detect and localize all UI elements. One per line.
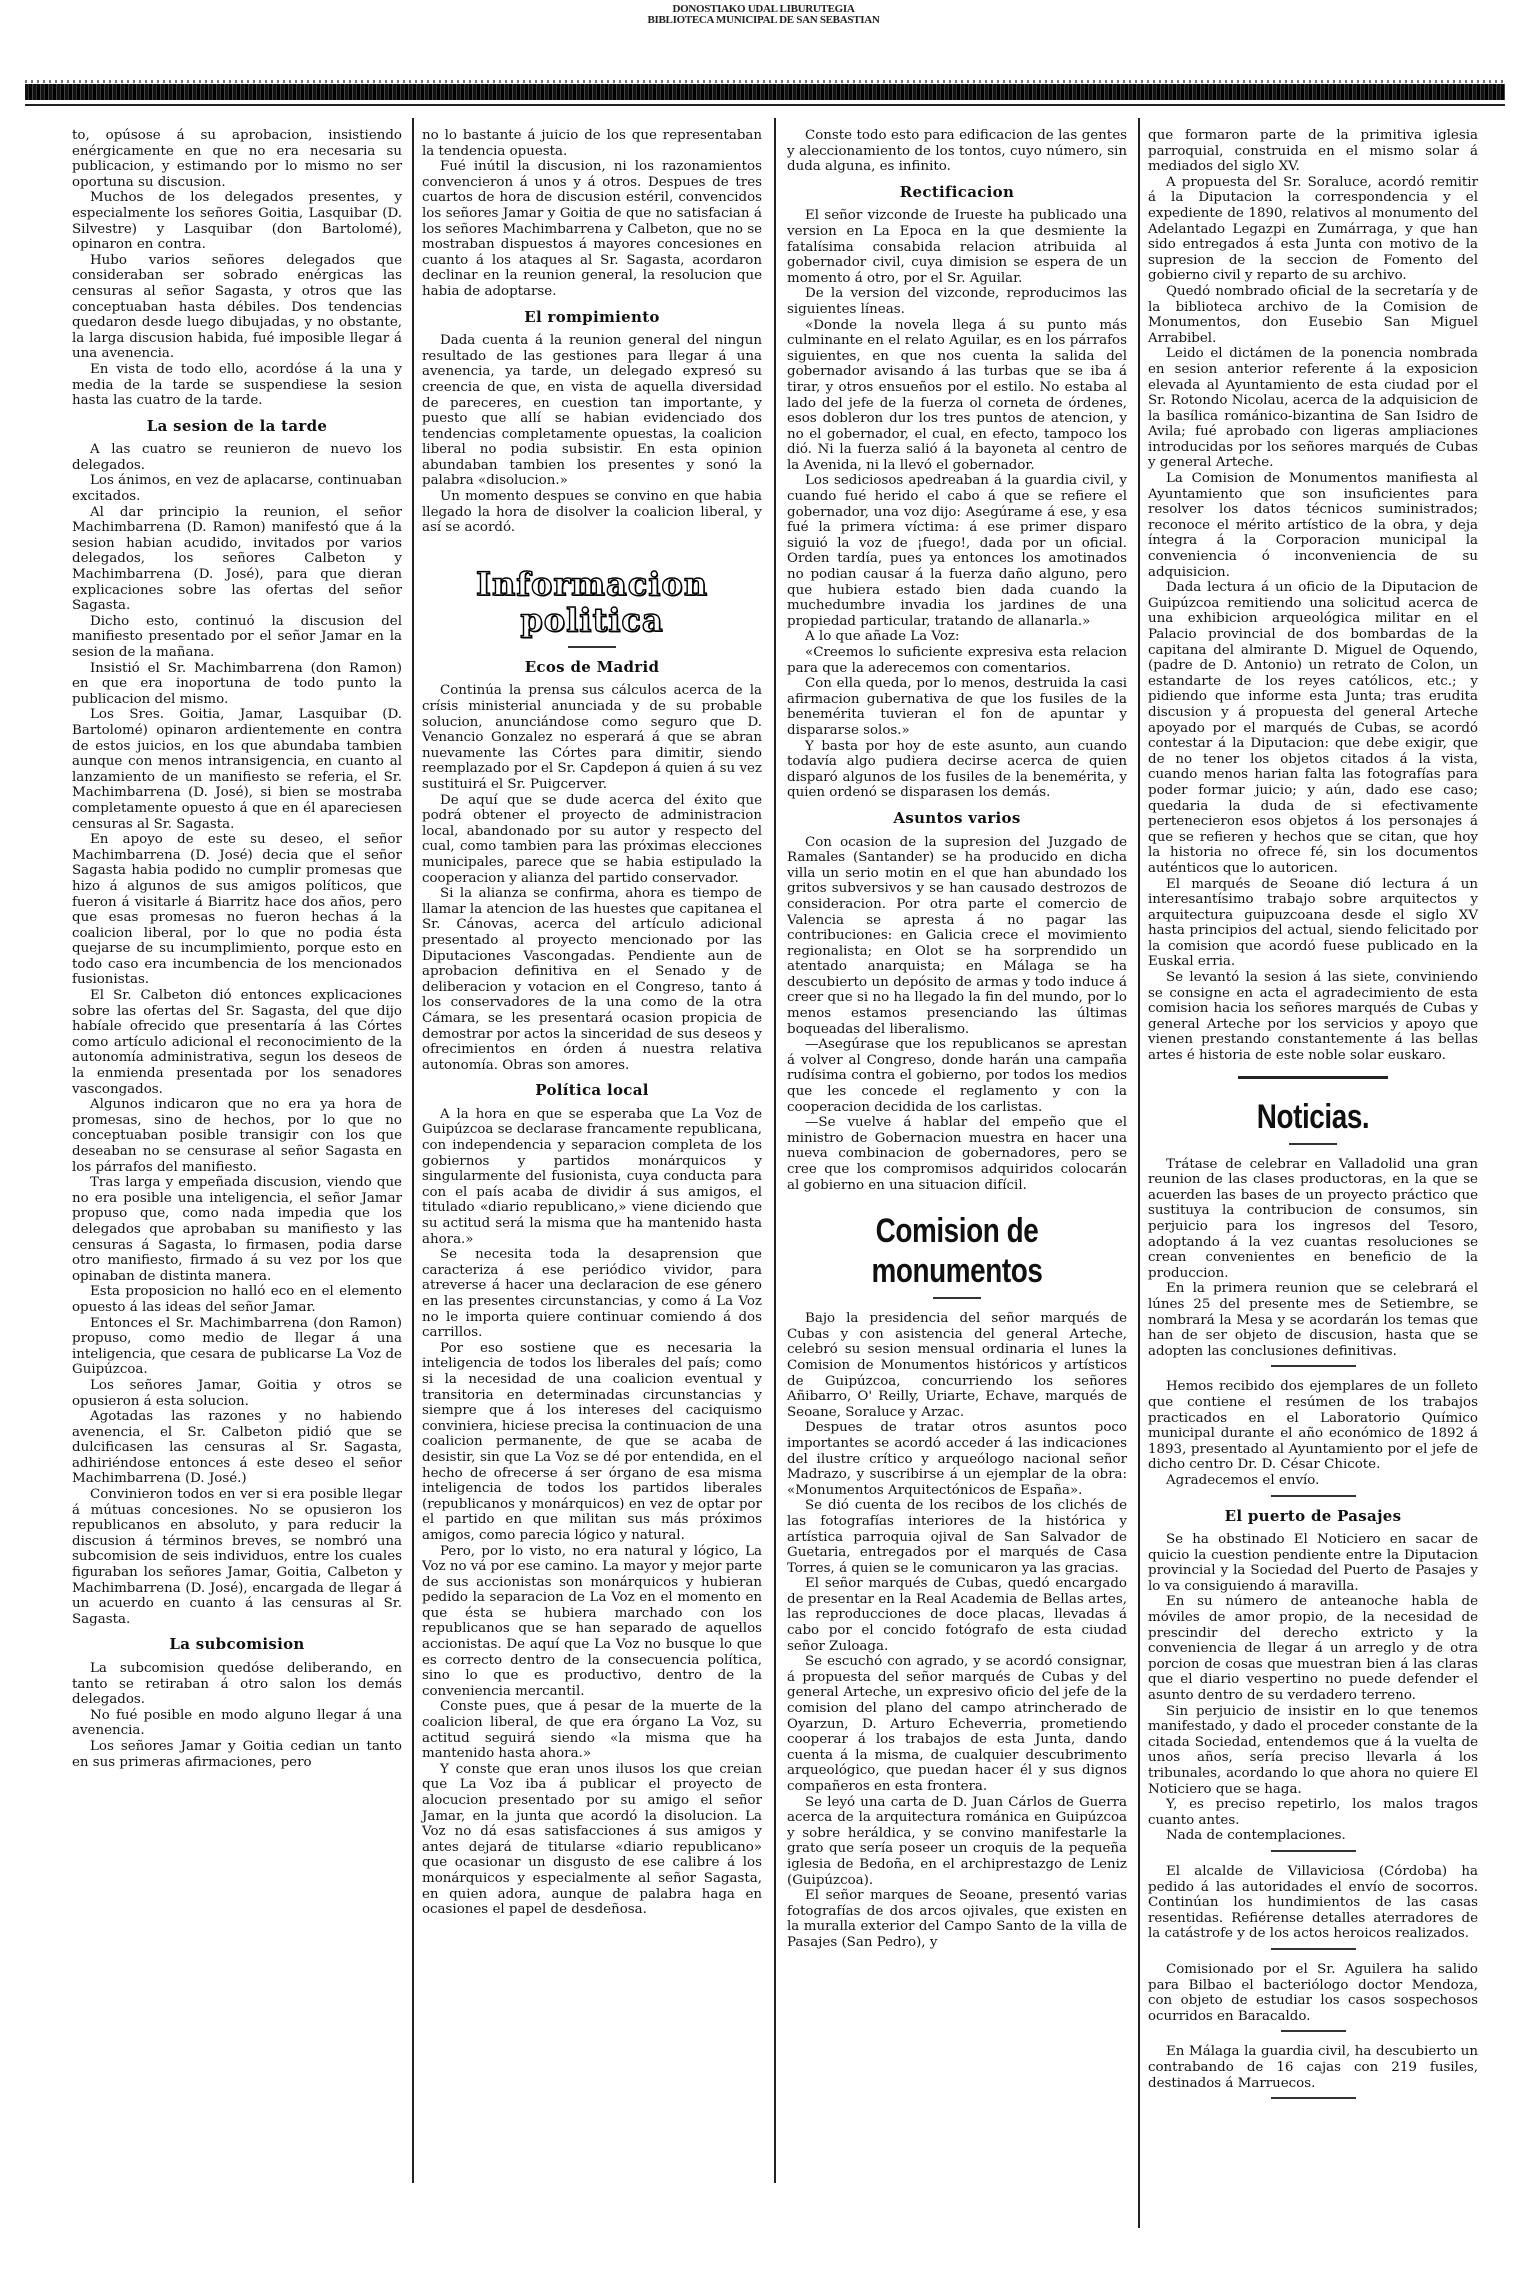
paragraph: Quedó nombrado oficial de la secretaría … bbox=[1148, 284, 1478, 346]
library-masthead: DONOSTIAKO UDAL LIBURUTEGIA BIBLIOTECA M… bbox=[0, 4, 1527, 26]
paragraph: Muchos de los delegados presentes, y esp… bbox=[72, 190, 402, 252]
paragraph: Insistió el Sr. Machimbarrena (don Ramon… bbox=[72, 661, 402, 708]
column-divider-1 bbox=[412, 118, 414, 2183]
title-rule bbox=[568, 646, 616, 648]
paragraph: El Sr. Calbeton dió entonces explicacion… bbox=[72, 988, 402, 1097]
paragraph: Se levantó la sesion á las siete, convin… bbox=[1148, 970, 1478, 1064]
section-heading-ecos-madrid: Ecos de Madrid bbox=[422, 660, 762, 676]
section-heading-sesion-tarde: La sesion de la tarde bbox=[72, 419, 402, 435]
title-rule bbox=[933, 1297, 981, 1299]
section-rule bbox=[1238, 1076, 1388, 1079]
col4-block-f: Comisionado por el Sr. Aguilera ha salid… bbox=[1148, 1962, 1478, 2024]
paragraph: En vista de todo ello, acordóse á la una… bbox=[72, 362, 402, 409]
col1-block-b: A las cuatro se reunieron de nuevo los d… bbox=[72, 442, 402, 1627]
paragraph: En la primera reunion que se celebrará e… bbox=[1148, 1281, 1478, 1359]
paragraph: La Comision de Monumentos manifiesta al … bbox=[1148, 471, 1478, 580]
paragraph: Y conste que eran unos ilusos los que cr… bbox=[422, 1762, 762, 1918]
paragraph: Leido el dictámen de la ponencia nombrad… bbox=[1148, 346, 1478, 471]
paragraph: Si la alianza se confirma, ahora es tiem… bbox=[422, 886, 762, 1073]
paragraph: Los Sres. Goitia, Jamar, Lasquibar (D. B… bbox=[72, 707, 402, 832]
item-separator bbox=[1271, 1948, 1356, 1950]
paragraph: Despues de tratar otros asuntos poco imp… bbox=[787, 1420, 1127, 1498]
section-title-comision-monumentos: Comision de monumentos bbox=[818, 1211, 1097, 1291]
paragraph: que formaron parte de la primitiva igles… bbox=[1148, 128, 1478, 175]
paragraph: El señor marqués de Cubas, quedó encarga… bbox=[787, 1576, 1127, 1654]
paragraph: Conste pues, que á pesar de la muerte de… bbox=[422, 1699, 762, 1761]
col4-block-c: Hemos recibido dos ejemplares de un foll… bbox=[1148, 1379, 1478, 1488]
paragraph: Los señores Jamar, Goitia y otros se opu… bbox=[72, 1378, 402, 1409]
header-scan-band bbox=[25, 84, 1505, 100]
paragraph: «Creemos lo suficiente expresiva esta re… bbox=[787, 645, 1127, 676]
section-title-informacion-politica: Informacion politica bbox=[422, 566, 762, 638]
paragraph: «Donde la novela llega á su punto más cu… bbox=[787, 318, 1127, 474]
paragraph: Y basta por hoy de este asunto, aun cuan… bbox=[787, 739, 1127, 801]
paragraph: Agradecemos el envío. bbox=[1148, 1473, 1478, 1489]
col3-block-c: Con ocasion de la supresion del Juzgado … bbox=[787, 835, 1127, 1194]
section-heading-rectificacion: Rectificacion bbox=[787, 185, 1127, 201]
section-heading-rompimiento: El rompimiento bbox=[422, 310, 762, 326]
paragraph: El alcalde de Villaviciosa (Córdoba) ha … bbox=[1148, 1864, 1478, 1942]
paragraph: De la version del vizconde, reproducimos… bbox=[787, 286, 1127, 317]
paragraph: Dada lectura á un oficio de la Diputacio… bbox=[1148, 580, 1478, 876]
paragraph: Se leyó una carta de D. Juan Cárlos de G… bbox=[787, 1795, 1127, 1889]
paragraph: Bajo la presidencia del señor marqués de… bbox=[787, 1311, 1127, 1420]
paragraph: A propuesta del Sr. Soraluce, acordó rem… bbox=[1148, 175, 1478, 284]
paragraph: Trátase de celebrar en Valladolid una gr… bbox=[1148, 1157, 1478, 1282]
paragraph: Hubo varios señores delegados que consid… bbox=[72, 253, 402, 362]
col1-block-a: to, opúsose á su aprobacion, insistiendo… bbox=[72, 128, 402, 409]
column-2: no lo bastante á juicio de los que repre… bbox=[422, 128, 762, 1918]
paragraph: El señor vizconde de Irueste ha publicad… bbox=[787, 208, 1127, 286]
header-scan-artifact-top bbox=[25, 80, 1505, 83]
section-heading-puerto-pasajes: El puerto de Pasajes bbox=[1148, 1509, 1478, 1525]
paragraph: Continúa la prensa sus cálculos acerca d… bbox=[422, 683, 762, 792]
paragraph: Los señores Jamar y Goitia cedian un tan… bbox=[72, 1739, 402, 1770]
paragraph: El señor marques de Seoane, presentó var… bbox=[787, 1888, 1127, 1950]
paragraph: Comisionado por el Sr. Aguilera ha salid… bbox=[1148, 1962, 1478, 2024]
title-rule bbox=[1289, 1143, 1337, 1145]
paragraph: Por eso sostiene que es necesaria la int… bbox=[422, 1341, 762, 1544]
section-heading-asuntos-varios: Asuntos varios bbox=[787, 811, 1127, 827]
section-heading-politica-local: Política local bbox=[422, 1083, 762, 1099]
column-3: Conste todo esto para edificacion de las… bbox=[787, 128, 1127, 1951]
paragraph: Se escuchó con agrado, y se acordó consi… bbox=[787, 1654, 1127, 1794]
paragraph: no lo bastante á juicio de los que repre… bbox=[422, 128, 762, 159]
paragraph: Al dar principio la reunion, el señor Ma… bbox=[72, 505, 402, 614]
paragraph: Conste todo esto para edificacion de las… bbox=[787, 128, 1127, 175]
column-divider-3 bbox=[1138, 118, 1140, 2228]
col3-block-a: Conste todo esto para edificacion de las… bbox=[787, 128, 1127, 175]
paragraph: Agotadas las razones y no habiendo avene… bbox=[72, 1409, 402, 1487]
item-separator bbox=[1281, 2030, 1346, 2032]
paragraph: Pero, por lo visto, no era natural y lóg… bbox=[422, 1544, 762, 1700]
col4-block-a: que formaron parte de la primitiva igles… bbox=[1148, 128, 1478, 1064]
paragraph: En Málaga la guardia civil, ha descubier… bbox=[1148, 2044, 1478, 2091]
paragraph: Los ánimos, en vez de aplacarse, continu… bbox=[72, 473, 402, 504]
section-title-noticias: Noticias. bbox=[1178, 1097, 1449, 1137]
col2-block-a: no lo bastante á juicio de los que repre… bbox=[422, 128, 762, 300]
paragraph: Convinieron todos en ver si era posible … bbox=[72, 1487, 402, 1627]
header-rule bbox=[25, 104, 1505, 106]
paragraph: Hemos recibido dos ejemplares de un foll… bbox=[1148, 1379, 1478, 1473]
paragraph: Nada de contemplaciones. bbox=[1148, 1828, 1478, 1844]
item-separator bbox=[1271, 1365, 1356, 1367]
col3-block-d: Bajo la presidencia del señor marqués de… bbox=[787, 1311, 1127, 1950]
paragraph: Se necesita toda la desaprension que car… bbox=[422, 1247, 762, 1341]
paragraph: De aquí que se dude acerca del éxito que… bbox=[422, 793, 762, 887]
paragraph: Fué inútil la discusion, ni los razonami… bbox=[422, 159, 762, 299]
col2-block-b: Dada cuenta á la reunion general del nin… bbox=[422, 333, 762, 536]
paragraph: Entonces el Sr. Machimbarrena (don Ramon… bbox=[72, 1316, 402, 1378]
col4-block-e: El alcalde de Villaviciosa (Córdoba) ha … bbox=[1148, 1864, 1478, 1942]
paragraph: Con ella queda, por lo menos, destruida … bbox=[787, 676, 1127, 738]
paragraph: to, opúsose á su aprobacion, insistiendo… bbox=[72, 128, 402, 190]
col4-block-d: Se ha obstinado El Noticiero en sacar de… bbox=[1148, 1532, 1478, 1844]
item-separator bbox=[1271, 1495, 1356, 1497]
paragraph: Dada cuenta á la reunion general del nin… bbox=[422, 333, 762, 489]
paragraph: —Asegúrase que los republicanos se apres… bbox=[787, 1037, 1127, 1115]
paragraph: Los sediciosos apedreaban á la guardia c… bbox=[787, 473, 1127, 629]
paragraph: Tras larga y empeñada discusion, viendo … bbox=[72, 1175, 402, 1284]
paragraph: —Se vuelve á hablar del empeño que el mi… bbox=[787, 1115, 1127, 1193]
paragraph: Con ocasion de la supresion del Juzgado … bbox=[787, 835, 1127, 1038]
paragraph: Se ha obstinado El Noticiero en sacar de… bbox=[1148, 1532, 1478, 1594]
section-heading-subcomision: La subcomision bbox=[72, 1637, 402, 1653]
paragraph: No fué posible en modo alguno llegar á u… bbox=[72, 1708, 402, 1739]
col4-block-b: Trátase de celebrar en Valladolid una gr… bbox=[1148, 1157, 1478, 1360]
column-divider-2 bbox=[774, 118, 776, 2183]
paragraph: Sin perjuicio de insistir en lo que tene… bbox=[1148, 1704, 1478, 1798]
paragraph: En apoyo de este su deseo, el señor Mach… bbox=[72, 832, 402, 988]
paragraph: A lo que añade La Voz: bbox=[787, 629, 1127, 645]
paragraph: El marqués de Seoane dió lectura á un in… bbox=[1148, 877, 1478, 971]
item-separator bbox=[1271, 2097, 1356, 2099]
paragraph: Un momento despues se convino en que hab… bbox=[422, 489, 762, 536]
paragraph: En su número de anteanoche habla de móvi… bbox=[1148, 1594, 1478, 1703]
paragraph: La subcomision quedóse deliberando, en t… bbox=[72, 1661, 402, 1708]
masthead-line-spanish: BIBLIOTECA MUNICIPAL DE SAN SEBASTIAN bbox=[0, 15, 1527, 26]
column-4: que formaron parte de la primitiva igles… bbox=[1148, 128, 1478, 2111]
col3-block-b: El señor vizconde de Irueste ha publicad… bbox=[787, 208, 1127, 801]
col4-block-g: En Málaga la guardia civil, ha descubier… bbox=[1148, 2044, 1478, 2091]
paragraph: Esta proposicion no halló eco en el elem… bbox=[72, 1284, 402, 1315]
paragraph: Dicho esto, continuó la discusion del ma… bbox=[72, 614, 402, 661]
column-1: to, opúsose á su aprobacion, insistiendo… bbox=[72, 128, 402, 1770]
col1-block-c: La subcomision quedóse deliberando, en t… bbox=[72, 1661, 402, 1770]
col2-block-d: A la hora en que se esperaba que La Voz … bbox=[422, 1107, 762, 1918]
paragraph: Algunos indicaron que no era ya hora de … bbox=[72, 1097, 402, 1175]
paragraph: A las cuatro se reunieron de nuevo los d… bbox=[72, 442, 402, 473]
paragraph: Se dió cuenta de los recibos de los clic… bbox=[787, 1498, 1127, 1576]
paragraph: Y, es preciso repetirlo, los malos trago… bbox=[1148, 1797, 1478, 1828]
paragraph: A la hora en que se esperaba que La Voz … bbox=[422, 1107, 762, 1247]
item-separator bbox=[1271, 1850, 1356, 1852]
col2-block-c: Continúa la prensa sus cálculos acerca d… bbox=[422, 683, 762, 1073]
